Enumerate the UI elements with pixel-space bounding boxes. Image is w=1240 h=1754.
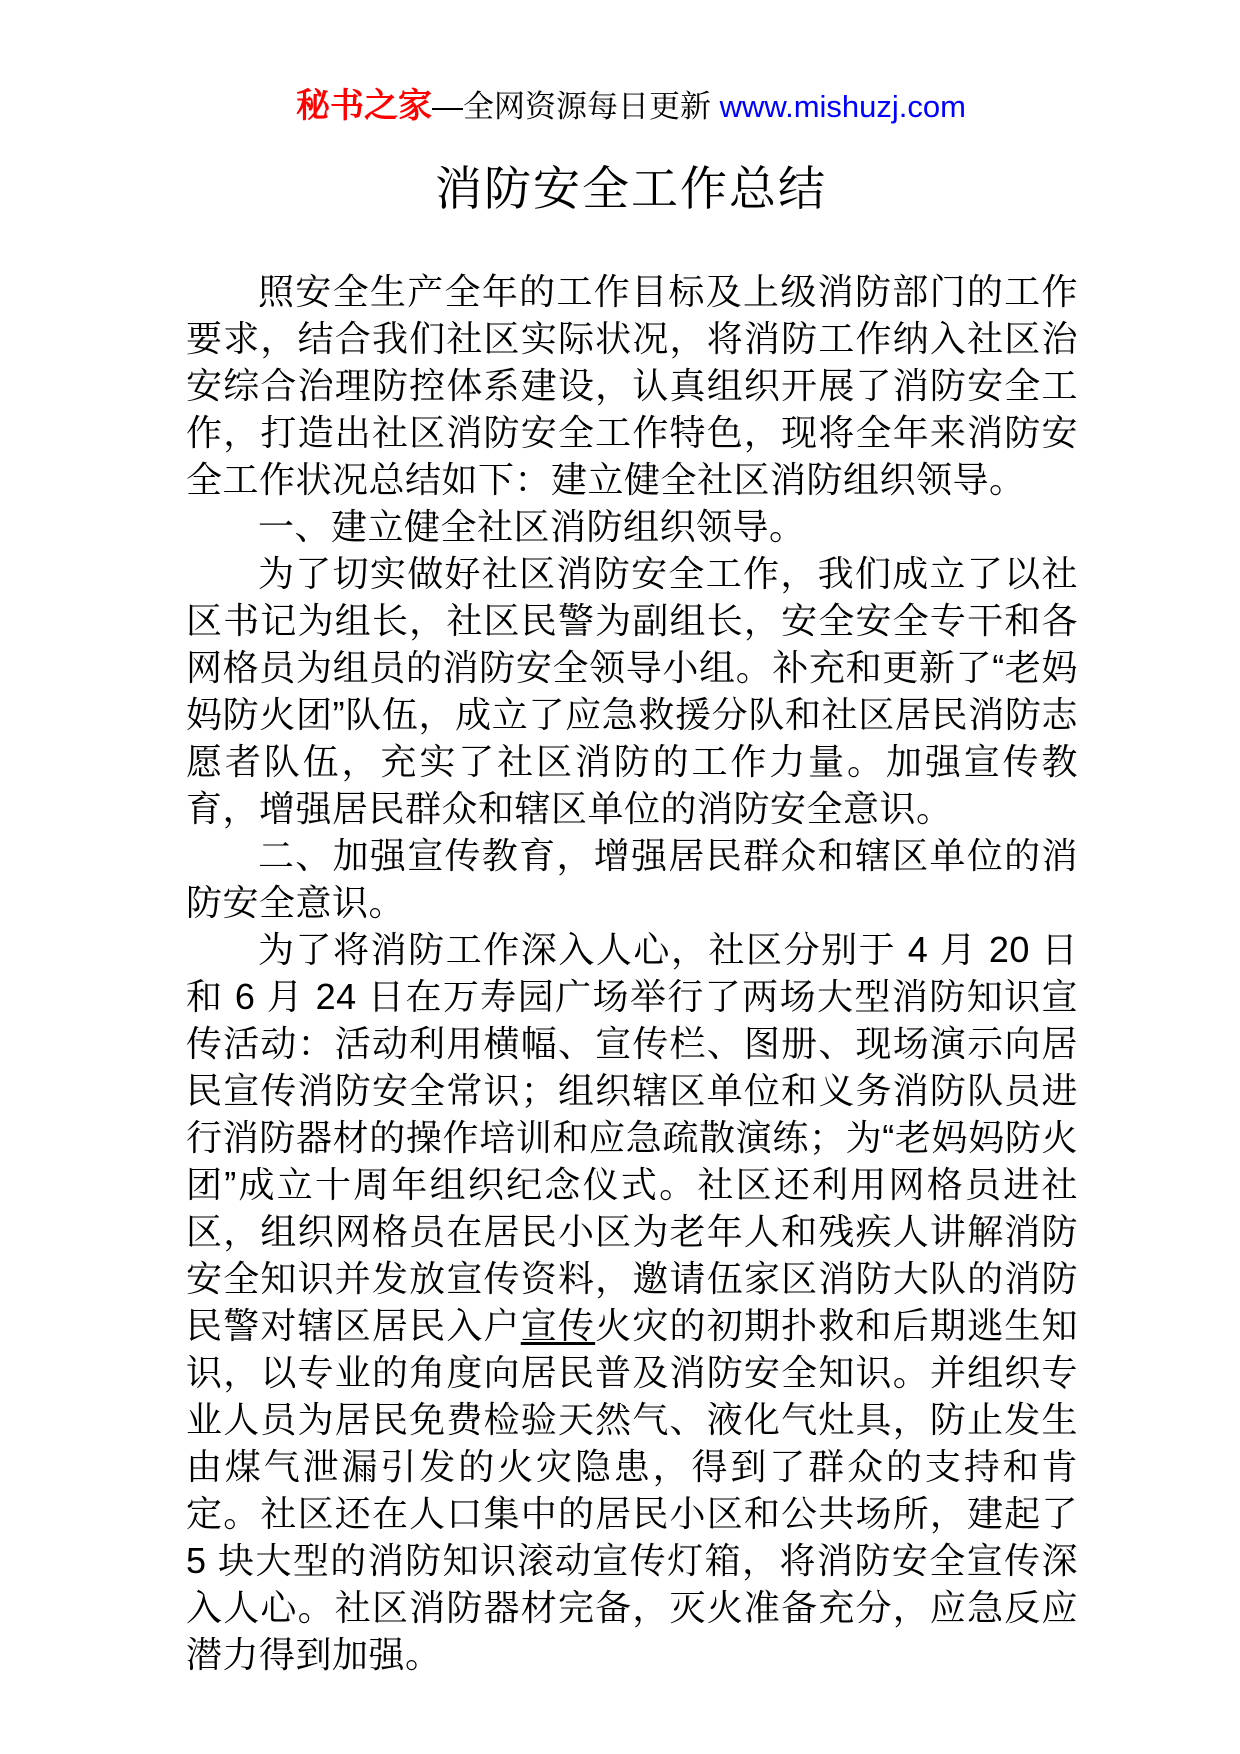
site-name: 秘书之家 bbox=[296, 87, 432, 125]
document-page: 秘书之家—全网资源每日更新 www.mishuzj.com 消防安全工作总结 照… bbox=[0, 0, 1240, 1754]
paragraph-2: 一、建立健全社区消防组织领导。 bbox=[186, 503, 1078, 550]
paragraph-text: 二、加强宣传教育，增强居民群众和辖区单位的消防安全意识。 bbox=[186, 835, 1078, 923]
paragraph-4: 二、加强宣传教育，增强居民群众和辖区单位的消防安全意识。 bbox=[186, 832, 1078, 926]
paragraph-1: 照安全生产全年的工作目标及上级消防部门的工作要求，结合我们社区实际状况，将消防工… bbox=[186, 268, 1078, 503]
paragraph-3: 为了切实做好社区消防安全工作，我们成立了以社区书记为组长，社区民警为副组长，安全… bbox=[186, 550, 1078, 832]
paragraph-text: 为了将消防工作深入人心，社区分别于 4 月 20 日和 6 月 24 日在万寿园… bbox=[186, 929, 1078, 1346]
document-title: 消防安全工作总结 bbox=[186, 152, 1076, 219]
site-header: 秘书之家—全网资源每日更新 www.mishuzj.com bbox=[186, 86, 1076, 127]
paragraph-text: 一、建立健全社区消防组织领导。 bbox=[258, 506, 806, 547]
site-url-link[interactable]: www.mishuzj.com bbox=[720, 89, 966, 124]
site-tagline: —全网资源每日更新 bbox=[432, 89, 720, 124]
underlined-text: 宣传 bbox=[521, 1305, 595, 1346]
paragraph-text: 火灾的初期扑救和后期逃生知识，以专业的角度向居民普及消防安全知识。并组织专业人员… bbox=[186, 1305, 1078, 1675]
document-body: 照安全生产全年的工作目标及上级消防部门的工作要求，结合我们社区实际状况，将消防工… bbox=[186, 268, 1078, 1678]
paragraph-text: 照安全生产全年的工作目标及上级消防部门的工作要求，结合我们社区实际状况，将消防工… bbox=[186, 271, 1078, 500]
paragraph-5: 为了将消防工作深入人心，社区分别于 4 月 20 日和 6 月 24 日在万寿园… bbox=[186, 926, 1078, 1678]
paragraph-text: 为了切实做好社区消防安全工作，我们成立了以社区书记为组长，社区民警为副组长，安全… bbox=[186, 553, 1078, 829]
